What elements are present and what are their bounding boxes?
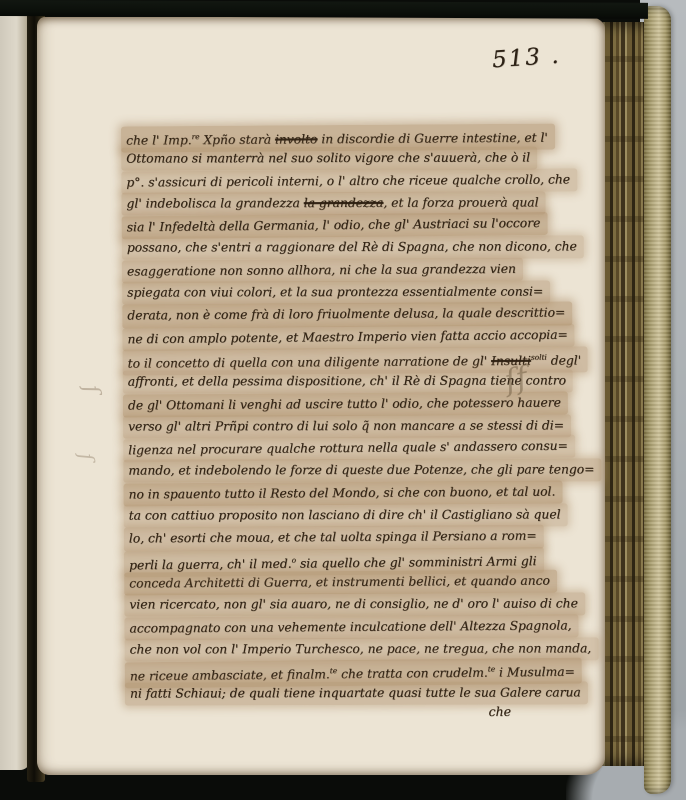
manuscript-line: accompagnato con una vehemente inculcati… <box>124 614 576 639</box>
manuscript-line: che non vol con l' Imperio Turchesco, ne… <box>125 637 577 660</box>
manuscript-line: che l' Imp.re Xpño starà involto in disc… <box>121 123 573 148</box>
catchword: che <box>123 703 575 721</box>
manuscript-line: possano, che s'entri a raggionare del Rè… <box>122 236 574 259</box>
manuscript-line: affronti, et della pessima dispositione,… <box>123 370 575 393</box>
manuscript-line: vien ricercato, non gl' sia auaro, ne di… <box>124 593 576 616</box>
manuscript-line: spiegata con viui colori, et la sua pron… <box>122 280 574 303</box>
manuscript-page: 513 . che l' Imp.re Xpño starà involto i… <box>37 17 605 775</box>
page-number: 513 . <box>491 43 561 74</box>
manuscript-line: no in spauento tutto il Resto del Mondo,… <box>123 480 575 505</box>
manuscript-text-block: che l' Imp.re Xpño starà involto in disc… <box>121 123 577 706</box>
manuscript-line: Ottomano si manterrà nel suo solito vigo… <box>121 147 573 170</box>
vellum-cover-edge <box>644 6 671 794</box>
manuscript-line: de gl' Ottomani li venghi ad uscire tutt… <box>123 391 575 416</box>
manuscript-line: gl' indebolisca la grandezza la grandezz… <box>121 191 573 214</box>
facing-page-sliver <box>0 14 30 770</box>
manuscript-line: mando, et indebolendo le forze di queste… <box>123 459 575 482</box>
ink-bleedthrough-mark: ſ <box>78 383 104 395</box>
manuscript-line: verso gl' altri Prñpi contro di lui solo… <box>123 414 575 437</box>
manuscript-line: ni fatti Schiaui; de quali tiene inquart… <box>125 682 577 705</box>
scan-top-shadow-band <box>0 0 648 19</box>
manuscript-line: esaggeratione non sonno allhora, ni che … <box>122 257 574 282</box>
manuscript-line: p°. s'assicuri di pericoli interni, o l'… <box>121 168 573 193</box>
manuscript-line: ne di con amplo potente, et Maestro Impe… <box>122 323 574 350</box>
ink-bleedthrough-mark: ſ <box>74 452 99 462</box>
manuscript-line: perli la guerra, ch' il med.o sia quello… <box>124 546 576 573</box>
scan-stage: 513 . che l' Imp.re Xpño starà involto i… <box>0 0 686 800</box>
manuscript-line: ta con cattiuo proposito non lasciano di… <box>124 503 576 526</box>
